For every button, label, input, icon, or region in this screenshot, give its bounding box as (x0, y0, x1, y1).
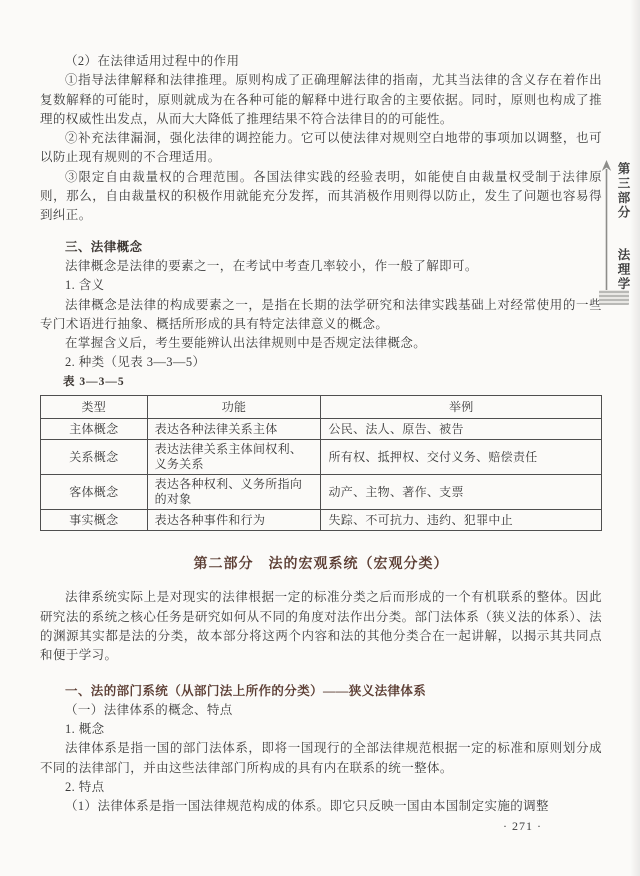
thumb-tab-label: 第三部分 法理学 (614, 162, 632, 296)
table-header-type: 类型 (41, 396, 148, 419)
list-item-meaning: 1. 含义 (40, 276, 602, 295)
section-thumb-index-tab: 第三部分 法理学 (599, 158, 635, 310)
paragraph-part-two-intro: 法律系统实际上是对现实的法律根据一定的标准分类之后而形成的一个有机联系的整体。因… (40, 588, 602, 665)
paragraph-concept-definition: 法律概念是法律的构成要素之一，是指在长期的法学研究和法律实践基础上对经常使用的一… (40, 296, 602, 335)
table-cell: 公民、法人、原告、被告 (321, 419, 602, 440)
page-number: · 271 · (40, 817, 602, 836)
table-cell: 表达法律关系主体间权利、义务关系 (147, 440, 321, 475)
table-caption: 表 3—3—5 (40, 373, 602, 392)
list-item-kinds: 2. 种类（见表 3—3—5） (40, 353, 602, 372)
book-page: （2）在法律适用过程中的作用 ①指导法律解释和法律推理。原则构成了正确理解法律的… (0, 0, 640, 876)
sub-heading-legal-system: （一）法律体系的概念、特点 (40, 701, 602, 720)
table-row: 主体概念 表达各种法律关系主体 公民、法人、原告、被告 (41, 419, 602, 440)
thumb-tab-part: 第三部分 (616, 162, 630, 220)
list-item-concept: 1. 概念 (40, 720, 602, 739)
table-cell: 关系概念 (41, 440, 148, 475)
scan-page-edge (630, 0, 640, 876)
table-cell: 表达各种法律关系主体 (147, 419, 321, 440)
table-row: 事实概念 表达各种事件和行为 失踪、不可抗力、违约、犯罪中止 (41, 510, 602, 531)
table-cell: 表达各种权利、义务所指向的对象 (147, 475, 321, 510)
tab-hatch-mark (599, 290, 629, 305)
table-cell: 失踪、不可抗力、违约、犯罪中止 (321, 510, 602, 531)
thumb-tab-subject: 法理学 (616, 248, 630, 292)
paragraph-point-3: ③限定自由裁量权的合理范围。各国法律实践的经验表明，如能使自由裁量权受制于法律原… (40, 168, 602, 226)
table-row: 客体概念 表达各种权利、义务所指向的对象 动产、主物、著作、支票 (41, 475, 602, 510)
paragraph-point-1: ①指导法律解释和法律推理。原则构成了正确理解法律的指南，尤其当法律的含义存在着作… (40, 71, 602, 129)
table-cell: 表达各种事件和行为 (147, 510, 321, 531)
table-cell: 事实概念 (41, 510, 148, 531)
table-cell: 客体概念 (41, 475, 148, 510)
heading-department-system: 一、法的部门系统（从部门法上所作的分类）——狭义法律体系 (40, 682, 602, 701)
table-cell: 主体概念 (41, 419, 148, 440)
heading-legal-concepts: 三、法律概念 (40, 238, 602, 257)
page-body-text: （2）在法律适用过程中的作用 ①指导法律解释和法律推理。原则构成了正确理解法律的… (40, 52, 602, 836)
list-item-features: 2. 特点 (40, 778, 602, 797)
paragraph-role-in-application: （2）在法律适用过程中的作用 (40, 52, 602, 71)
table-header-function: 功能 (147, 396, 321, 419)
part-two-title: 第二部分 法的宏观系统（宏观分类） (40, 555, 602, 574)
paragraph-concept-note: 在掌握含义后，考生要能辨认出法律规则中是否规定法律概念。 (40, 334, 602, 353)
paragraph-concept-intro: 法律概念是法律的要素之一，在考试中考查几率较小，作一般了解即可。 (40, 257, 602, 276)
concept-types-table: 类型 功能 举例 主体概念 表达各种法律关系主体 公民、法人、原告、被告 关系概… (40, 395, 602, 531)
paragraph-point-2: ②补充法律漏洞，强化法律的调控能力。它可以使法律对规则空白地带的事项加以调整，也… (40, 129, 602, 168)
table-header-row: 类型 功能 举例 (41, 396, 602, 419)
table-row: 关系概念 表达法律关系主体间权利、义务关系 所有权、抵押权、交付义务、赔偿责任 (41, 440, 602, 475)
paragraph-feature-1: （1）法律体系是指一国法律规范构成的体系。即它只反映一国由本国制定实施的调整 (40, 797, 602, 816)
paragraph-legal-system-definition: 法律体系是指一国的部门法体系，即将一国现行的全部法律规范根据一定的标准和原则划分… (40, 739, 602, 778)
table-cell: 所有权、抵押权、交付义务、赔偿责任 (321, 440, 602, 475)
table-header-example: 举例 (321, 396, 602, 419)
arrow-up-icon (601, 160, 612, 301)
table-cell: 动产、主物、著作、支票 (321, 475, 602, 510)
